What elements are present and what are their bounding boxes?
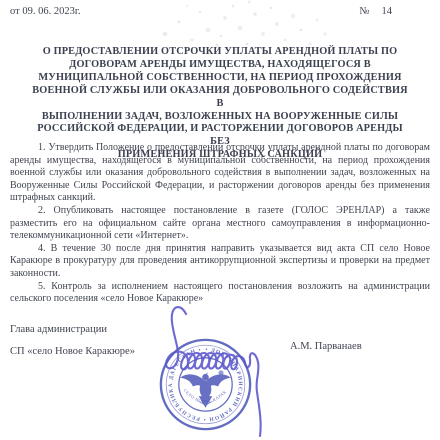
number-sign: № <box>359 6 369 17</box>
title-line: ВОЕННОЙ СЛУЖБЫ ИЛИ ОКАЗАНИЯ ДОБРОВОЛЬНОГ… <box>28 85 412 111</box>
paragraph-2: 2. Опубликовать настоящее постановление … <box>10 205 430 243</box>
signature-scrawl <box>148 298 298 440</box>
title-line: ВЫПОЛНЕНИИ ЗАДАЧ, ВОЗЛОЖЕННЫХ НА ВООРУЖЕ… <box>28 111 412 124</box>
signatory-position-line2: СП «село Новое Каракюре» <box>10 346 135 357</box>
paragraph-4: 4. В течение 30 после дня принятия напра… <box>10 243 430 281</box>
number-value: 14 <box>382 6 393 17</box>
title-line: ДОГОВОРАМ АРЕНДЫ ИМУЩЕСТВА, НАХОДЯЩЕГОСЯ… <box>28 59 412 72</box>
title-line: О ПРЕДОСТАВЛЕНИИ ОТСРОЧКИ УПЛАТЫ АРЕНДНО… <box>28 46 412 59</box>
title-line: МУНИЦИПАЛЬНОЙ СОБСТВЕННОСТИ, НА ПЕРИОД П… <box>28 72 412 85</box>
scanned-resolution-document: от 09. 06. 2023г. №14 О ПРЕДОСТАВЛЕНИИ О… <box>0 0 440 440</box>
document-body: 1. Утвердить Положение о предоставлении … <box>10 142 430 306</box>
document-header-row: от 09. 06. 2023г. №14 <box>10 6 392 18</box>
signatory-position-line1: Глава администрации <box>10 324 107 335</box>
paragraph-1: 1. Утвердить Положение о предоставлении … <box>10 142 430 205</box>
document-date: от 09. 06. 2023г. <box>10 6 81 18</box>
signatory-name: А.М. Парванаев <box>290 341 362 352</box>
document-number: №14 <box>359 6 392 18</box>
